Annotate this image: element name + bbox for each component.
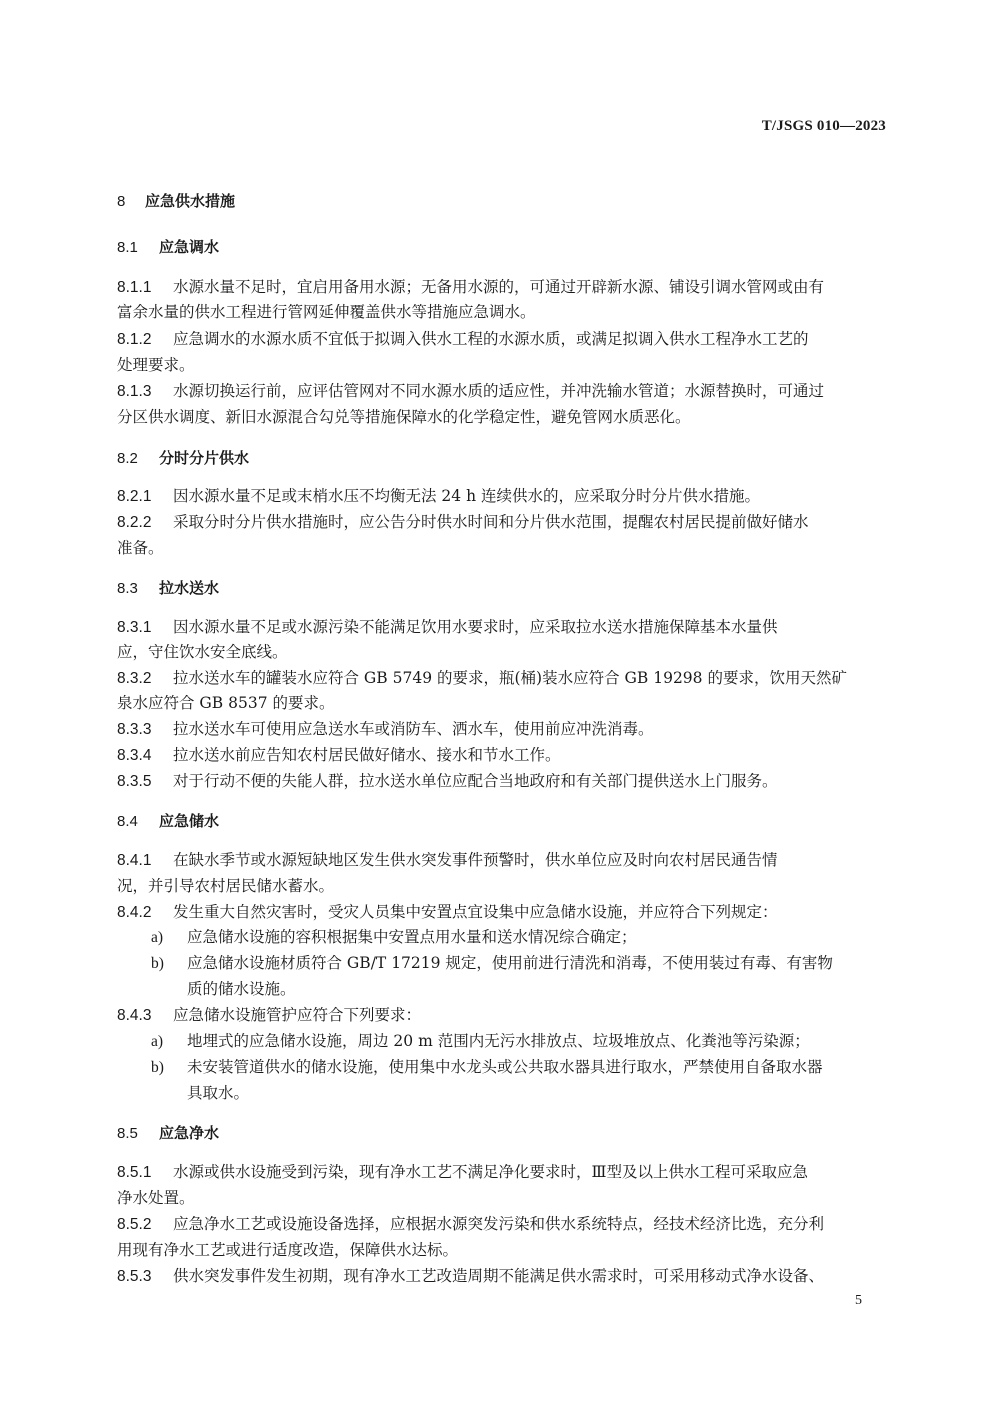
list-item-b: b)未安装管道供水的储水设施，使用集中水龙头或公共取水器具进行取水，严禁使用自备… xyxy=(151,1057,823,1078)
standard-code: T/JSGS 010—2023 xyxy=(762,118,886,135)
list-text: 地埋式的应急储水设施，周边 20 m 范围内无污水排放点、垃圾堆放点、化粪池等污… xyxy=(187,1032,810,1050)
clause-text: 拉水送水前应告知农村居民做好储水、接水和节水工作。 xyxy=(173,746,561,764)
list-label: b) xyxy=(151,954,187,974)
clause-8-1-2: 8.1.2应急调水的水源水质不宜低于拟调入供水工程的水源水质，或满足拟调入供水工… xyxy=(117,329,809,350)
clause-number: 8.4.2 xyxy=(117,903,173,923)
section-title: 分时分片供水 xyxy=(159,449,249,467)
list-label: a) xyxy=(151,1032,187,1052)
chapter-number: 8 xyxy=(117,192,145,212)
clause-number: 8.3.3 xyxy=(117,720,173,740)
clause-8-3-4: 8.3.4拉水送水前应告知农村居民做好储水、接水和节水工作。 xyxy=(117,745,561,766)
clause-8-2-1: 8.2.1因水源水量不足或末梢水压不均衡无法 24 h 连续供水的，应采取分时分… xyxy=(117,486,760,507)
section-heading-8-2: 8.2分时分片供水 xyxy=(117,448,249,469)
clause-text-continued: 准备。 xyxy=(117,538,164,558)
list-text: 应急储水设施的容积根据集中安置点用水量和送水情况综合确定； xyxy=(187,928,637,946)
list-item-a: a)应急储水设施的容积根据集中安置点用水量和送水情况综合确定； xyxy=(151,927,637,948)
clause-text-continued: 用现有净水工艺或进行适度改造，保障供水达标。 xyxy=(117,1240,458,1260)
clause-text: 水源切换运行前，应评估管网对不同水源水质的适应性，并冲洗输水管道；水源替换时，可… xyxy=(173,382,824,400)
clause-text: 采取分时分片供水措施时，应公告分时供水时间和分片供水范围，提醒农村居民提前做好储… xyxy=(173,513,809,531)
clause-8-3-5: 8.3.5对于行动不便的失能人群，拉水送水单位应配合当地政府和有关部门提供送水上… xyxy=(117,771,778,792)
clause-number: 8.4.1 xyxy=(117,851,173,871)
clause-8-1-3: 8.1.3水源切换运行前，应评估管网对不同水源水质的适应性，并冲洗输水管道；水源… xyxy=(117,381,824,402)
clause-number: 8.3.5 xyxy=(117,772,173,792)
clause-8-3-2: 8.3.2拉水送水车的罐装水应符合 GB 5749 的要求，瓶(桶)装水应符合 … xyxy=(117,668,847,689)
section-title: 拉水送水 xyxy=(159,579,219,597)
clause-text-continued: 泉水应符合 GB 8537 的要求。 xyxy=(117,693,335,713)
section-number: 8.3 xyxy=(117,579,159,599)
section-number: 8.1 xyxy=(117,238,159,258)
clause-text-continued: 处理要求。 xyxy=(117,355,195,375)
clause-8-4-2: 8.4.2发生重大自然灾害时，受灾人员集中安置点宜设集中应急储水设施，并应符合下… xyxy=(117,902,778,923)
chapter-title: 应急供水措施 xyxy=(145,192,235,210)
section-title: 应急储水 xyxy=(159,812,219,830)
clause-number: 8.5.3 xyxy=(117,1267,173,1287)
clause-8-3-3: 8.3.3拉水送水车可使用应急送水车或消防车、洒水车，使用前应冲洗消毒。 xyxy=(117,719,654,740)
clause-text-continued: 应，守住饮水安全底线。 xyxy=(117,642,288,662)
clause-text-continued: 分区供水调度、新旧水源混合勾兑等措施保障水的化学稳定性，避免管网水质恶化。 xyxy=(117,407,691,427)
clause-8-1-1: 8.1.1水源水量不足时，宜启用备用水源；无备用水源的，可通过开辟新水源、铺设引… xyxy=(117,277,824,298)
clause-8-5-1: 8.5.1水源或供水设施受到污染，现有净水工艺不满足净化要求时，Ⅲ型及以上供水工… xyxy=(117,1162,808,1183)
clause-text: 在缺水季节或水源短缺地区发生供水突发事件预警时，供水单位应及时向农村居民通告情 xyxy=(173,851,778,869)
clause-number: 8.3.2 xyxy=(117,669,173,689)
clause-number: 8.4.3 xyxy=(117,1006,173,1026)
section-heading-8-1: 8.1应急调水 xyxy=(117,237,219,258)
clause-number: 8.1.1 xyxy=(117,278,173,298)
clause-8-3-1: 8.3.1因水源水量不足或水源污染不能满足饮用水要求时，应采取拉水送水措施保障基… xyxy=(117,617,778,638)
clause-text-continued: 况，并引导农村居民储水蓄水。 xyxy=(117,876,334,896)
section-number: 8.2 xyxy=(117,449,159,469)
list-label: a) xyxy=(151,928,187,948)
clause-text: 应急净水工艺或设施设备选择，应根据水源突发污染和供水系统特点，经技术经济比选，充… xyxy=(173,1215,824,1233)
clause-8-5-3: 8.5.3供水突发事件发生初期，现有净水工艺改造周期不能满足供水需求时，可采用移… xyxy=(117,1266,824,1287)
list-text-continued: 质的储水设施。 xyxy=(187,979,296,999)
list-text: 应急储水设施材质符合 GB/T 17219 规定，使用前进行清洗和消毒，不使用装… xyxy=(187,954,833,972)
clause-text: 因水源水量不足或水源污染不能满足饮用水要求时，应采取拉水送水措施保障基本水量供 xyxy=(173,618,778,636)
list-item-a: a)地埋式的应急储水设施，周边 20 m 范围内无污水排放点、垃圾堆放点、化粪池… xyxy=(151,1031,810,1052)
clause-number: 8.5.2 xyxy=(117,1215,173,1235)
clause-number: 8.2.1 xyxy=(117,487,173,507)
clause-number: 8.1.3 xyxy=(117,382,173,402)
clause-text: 拉水送水车的罐装水应符合 GB 5749 的要求，瓶(桶)装水应符合 GB 19… xyxy=(173,669,847,687)
page-number: 5 xyxy=(855,1293,862,1309)
clause-number: 8.3.4 xyxy=(117,746,173,766)
list-item-b: b)应急储水设施材质符合 GB/T 17219 规定，使用前进行清洗和消毒，不使… xyxy=(151,953,833,974)
clause-number: 8.3.1 xyxy=(117,618,173,638)
clause-text-continued: 富余水量的供水工程进行管网延伸覆盖供水等措施应急调水。 xyxy=(117,302,536,322)
clause-text: 发生重大自然灾害时，受灾人员集中安置点宜设集中应急储水设施，并应符合下列规定： xyxy=(173,903,778,921)
clause-text-continued: 净水处置。 xyxy=(117,1188,195,1208)
clause-text: 应急调水的水源水质不宜低于拟调入供水工程的水源水质，或满足拟调入供水工程净水工艺… xyxy=(173,330,809,348)
section-title: 应急净水 xyxy=(159,1124,219,1142)
list-text-continued: 具取水。 xyxy=(187,1083,249,1103)
clause-8-4-3: 8.4.3应急储水设施管护应符合下列要求： xyxy=(117,1005,421,1026)
clause-text: 应急储水设施管护应符合下列要求： xyxy=(173,1006,421,1024)
clause-8-5-2: 8.5.2应急净水工艺或设施设备选择，应根据水源突发污染和供水系统特点，经技术经… xyxy=(117,1214,824,1235)
clause-number: 8.5.1 xyxy=(117,1163,173,1183)
clause-8-2-2: 8.2.2采取分时分片供水措施时，应公告分时供水时间和分片供水范围，提醒农村居民… xyxy=(117,512,809,533)
clause-number: 8.1.2 xyxy=(117,330,173,350)
clause-number: 8.2.2 xyxy=(117,513,173,533)
clause-text: 供水突发事件发生初期，现有净水工艺改造周期不能满足供水需求时，可采用移动式净水设… xyxy=(173,1267,824,1285)
section-heading-8-4: 8.4应急储水 xyxy=(117,811,219,832)
section-heading-8-5: 8.5应急净水 xyxy=(117,1123,219,1144)
section-heading-8-3: 8.3拉水送水 xyxy=(117,578,219,599)
clause-text: 对于行动不便的失能人群，拉水送水单位应配合当地政府和有关部门提供送水上门服务。 xyxy=(173,772,778,790)
section-title: 应急调水 xyxy=(159,238,219,256)
clause-text: 拉水送水车可使用应急送水车或消防车、洒水车，使用前应冲洗消毒。 xyxy=(173,720,654,738)
section-number: 8.5 xyxy=(117,1124,159,1144)
clause-8-4-1: 8.4.1在缺水季节或水源短缺地区发生供水突发事件预警时，供水单位应及时向农村居… xyxy=(117,850,778,871)
chapter-heading: 8应急供水措施 xyxy=(117,191,235,212)
clause-text: 水源水量不足时，宜启用备用水源；无备用水源的，可通过开辟新水源、铺设引调水管网或… xyxy=(173,278,824,296)
list-text: 未安装管道供水的储水设施，使用集中水龙头或公共取水器具进行取水，严禁使用自备取水… xyxy=(187,1058,823,1076)
list-label: b) xyxy=(151,1058,187,1078)
clause-text: 因水源水量不足或末梢水压不均衡无法 24 h 连续供水的，应采取分时分片供水措施… xyxy=(173,487,760,505)
clause-text: 水源或供水设施受到污染，现有净水工艺不满足净化要求时，Ⅲ型及以上供水工程可采取应… xyxy=(173,1163,808,1181)
section-number: 8.4 xyxy=(117,812,159,832)
